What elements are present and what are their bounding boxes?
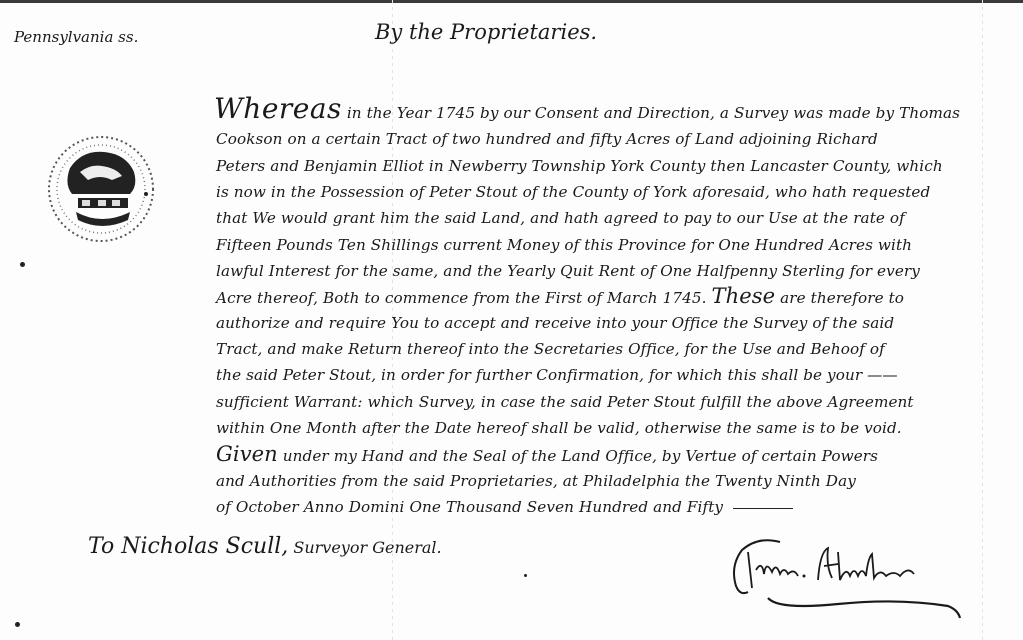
body-line: Given under my Hand and the Seal of the … xyxy=(216,442,878,466)
top-border xyxy=(0,0,1023,3)
paper-fold-line xyxy=(982,0,983,640)
jurisdiction-label: Pennsylvania ss. xyxy=(14,28,138,46)
body-line: and Authorities from the said Proprietar… xyxy=(216,472,856,490)
closing-dash xyxy=(733,508,793,509)
body-line: within One Month after the Date hereof s… xyxy=(216,419,902,437)
body-line: sufficient Warrant: which Survey, in cas… xyxy=(216,393,914,411)
body-line: lawful Interest for the same, and the Ye… xyxy=(216,262,920,280)
body-line: is now in the Possession of Peter Stout … xyxy=(216,183,930,201)
body-line: Cookson on a certain Tract of two hundre… xyxy=(216,130,878,148)
body-line: that We would grant him the said Land, a… xyxy=(216,209,905,227)
body-line: authorize and require You to accept and … xyxy=(216,314,894,332)
wax-seal-icon xyxy=(42,128,160,250)
body-line: Fifteen Pounds Ten Shillings current Mon… xyxy=(216,236,912,254)
body-line: Tract, and make Return thereof into the … xyxy=(216,340,885,358)
document-heading: By the Proprietaries. xyxy=(375,20,597,44)
ink-speck xyxy=(15,622,20,627)
ink-speck xyxy=(20,262,25,267)
addressee: To Nicholas Scull, Surveyor General. xyxy=(88,534,442,559)
body-line: Acre thereof, Both to commence from the … xyxy=(216,284,904,308)
body-line: Peters and Benjamin Elliot in Newberry T… xyxy=(216,157,943,175)
addressee-name: To Nicholas Scull, xyxy=(88,534,288,559)
addressee-title: Surveyor General. xyxy=(288,538,441,557)
ink-speck xyxy=(524,574,527,577)
body-line: Whereas in the Year 1745 by our Consent … xyxy=(214,92,960,125)
signature-james-hamilton xyxy=(728,530,968,620)
body-line: of October Anno Domini One Thousand Seve… xyxy=(216,498,793,516)
body-line: the said Peter Stout, in order for furth… xyxy=(216,366,898,384)
